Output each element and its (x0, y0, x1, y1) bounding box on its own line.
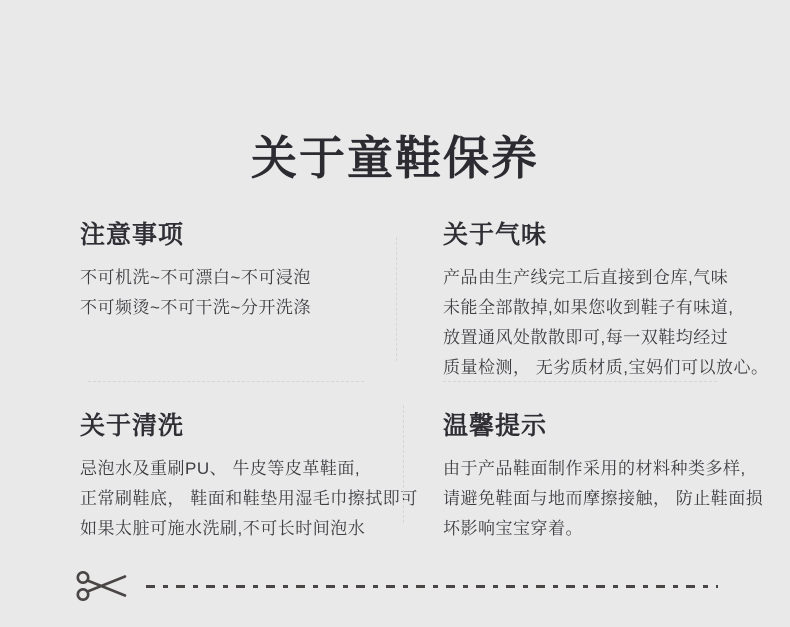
section-text-line: 质量检测， 无劣质材质,宝妈们可以放心。 (443, 353, 733, 383)
section-tips: 温馨提示 由于产品鞋面制作采用的材料种类多样, 请避免鞋面与地而摩擦接触， 防止… (443, 409, 733, 544)
section-odor: 关于气味 产品由生产线完工后直接到仓库,气味 未能全部散掉,如果您收到鞋子有味道… (443, 218, 733, 383)
divider-vertical-top (396, 237, 397, 361)
section-cleaning: 关于清洗 忌泡水及重刷PU、 牛皮等皮革鞋面, 正常刷鞋底， 鞋面和鞋垫用湿毛巾… (80, 409, 410, 544)
section-precautions: 注意事项 不可机洗~不可漂白~不可浸泡 不可频烫~不可干洗~分开洗涤 (80, 218, 380, 323)
section-text-line: 放置通风处散散即可,每一双鞋均经过 (443, 323, 733, 353)
page-title: 关于童鞋保养 (0, 129, 790, 187)
section-text-line: 坏影响宝宝穿着。 (443, 514, 733, 544)
section-heading: 注意事项 (80, 218, 380, 252)
section-text-line: 正常刷鞋底， 鞋面和鞋垫用湿毛巾擦拭即可 (80, 484, 410, 514)
divider-horizontal-right (443, 381, 717, 382)
cut-line-row (64, 568, 724, 604)
section-text-line: 不可频烫~不可干洗~分开洗涤 (80, 293, 380, 323)
section-text-line: 未能全部散掉,如果您收到鞋子有味道, (443, 293, 733, 323)
divider-horizontal-left (88, 381, 364, 382)
divider-vertical-bottom (403, 405, 404, 523)
section-text-line: 产品由生产线完工后直接到仓库,气味 (443, 263, 733, 293)
section-heading: 关于气味 (443, 218, 733, 252)
cut-dashed-line (146, 585, 718, 588)
section-text-line: 由于产品鞋面制作采用的材料种类多样, (443, 454, 733, 484)
scissors-icon (64, 569, 142, 603)
section-text-line: 请避免鞋面与地而摩擦接触， 防止鞋面损 (443, 484, 733, 514)
section-text-line: 忌泡水及重刷PU、 牛皮等皮革鞋面, (80, 454, 410, 484)
section-heading: 温馨提示 (443, 409, 733, 443)
section-heading: 关于清洗 (80, 409, 410, 443)
care-guide-page: 关于童鞋保养 注意事项 不可机洗~不可漂白~不可浸泡 不可频烫~不可干洗~分开洗… (0, 0, 790, 627)
section-text-line: 如果太脏可施水洗刷,不可长时间泡水 (80, 514, 410, 544)
section-text-line: 不可机洗~不可漂白~不可浸泡 (80, 263, 380, 293)
